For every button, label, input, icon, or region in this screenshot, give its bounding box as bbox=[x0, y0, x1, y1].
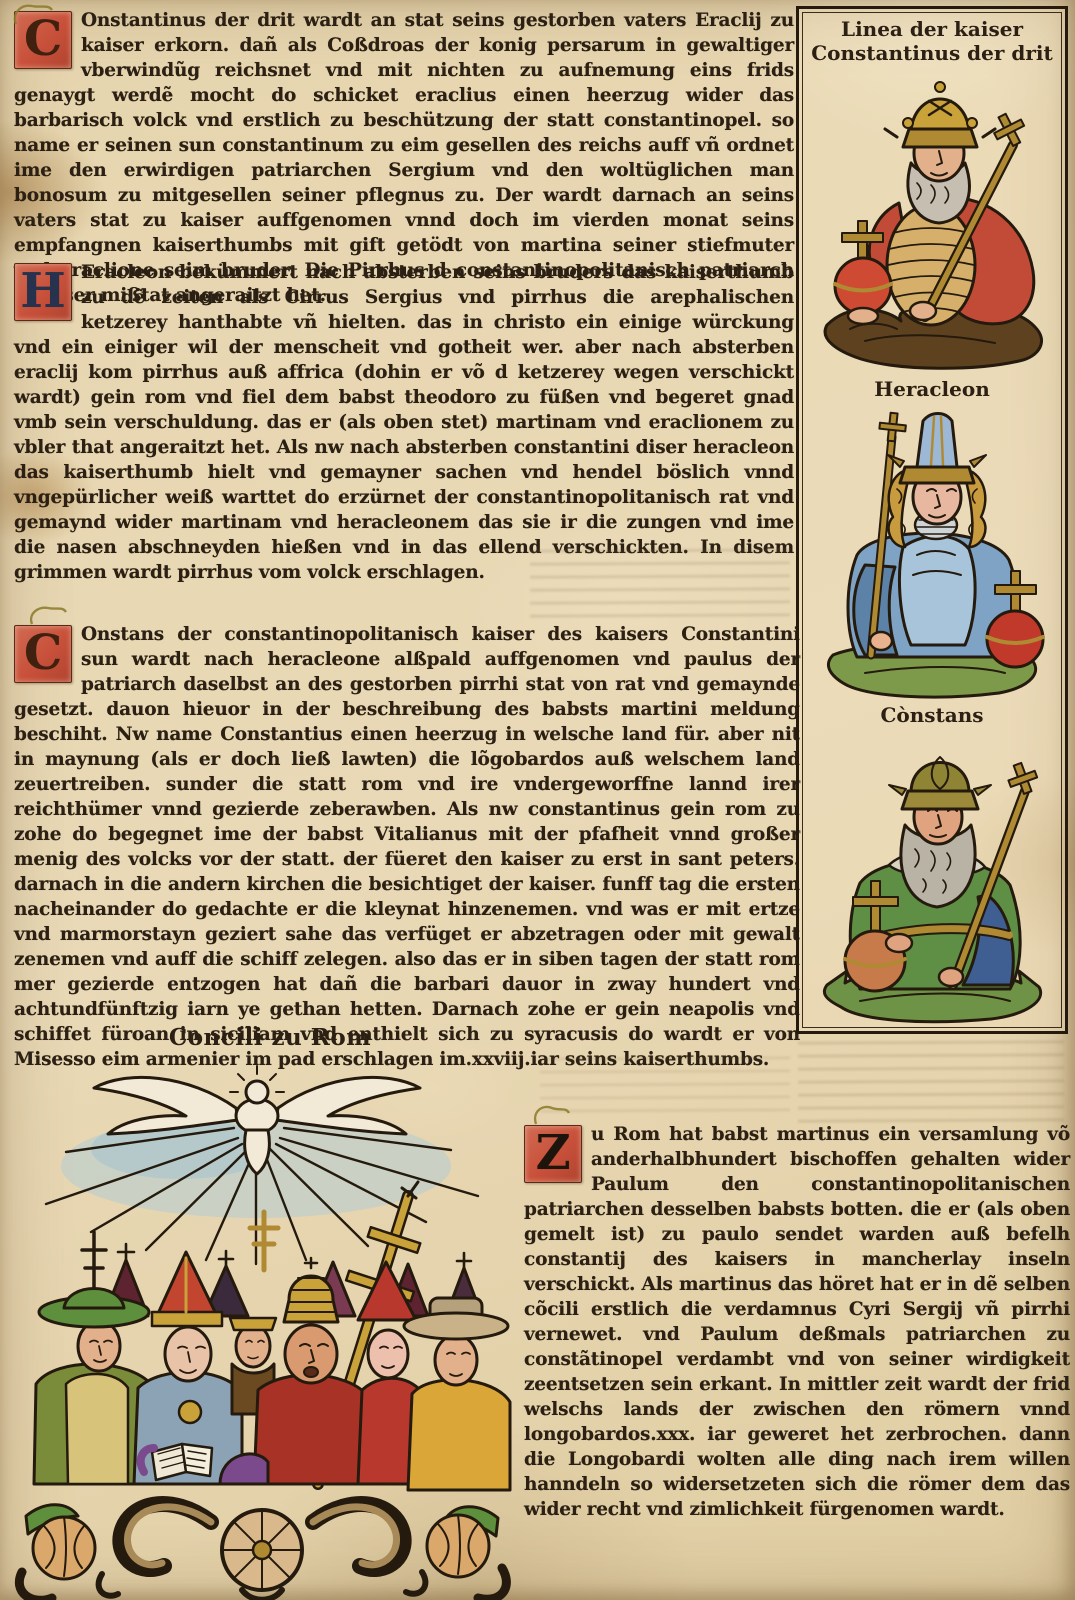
ink-bleed-through bbox=[798, 1039, 1064, 1122]
text-paragraph-heracleon: HEracleon bekümmert nach absterben seins… bbox=[14, 260, 794, 585]
text-paragraph-concil: Zu Rom hat babst martinus ein versamlung… bbox=[524, 1122, 1070, 1522]
text-paragraph-constans: COnstans der constantinopolitanisch kais… bbox=[14, 622, 800, 1072]
crown-band bbox=[903, 129, 977, 147]
paragraph-body: Eracleon bekümmert nach absterben seins … bbox=[14, 262, 794, 583]
paragraph-body: u Rom hat babst martinus ein versamlung … bbox=[524, 1124, 1070, 1520]
portrait-heracleon-woodcut bbox=[805, 405, 1059, 701]
drop-cap-initial: Z bbox=[524, 1125, 582, 1183]
crown-arch bbox=[911, 99, 969, 129]
portrait-constans-woodcut bbox=[805, 733, 1059, 1025]
hand bbox=[870, 632, 892, 650]
drop-cap-initial: C bbox=[14, 625, 72, 683]
linea-panel: Linea der kaiser Constantinus der drit bbox=[796, 6, 1068, 1034]
crown-band bbox=[900, 467, 974, 483]
chest-panel bbox=[899, 536, 975, 645]
linea-header-line1: Linea der kaiser bbox=[799, 17, 1065, 41]
hand bbox=[886, 934, 912, 952]
linea-header: Linea der kaiser Constantinus der drit bbox=[799, 17, 1065, 65]
crown-dome bbox=[911, 763, 969, 792]
staff-cross bbox=[878, 412, 907, 443]
mitre bbox=[917, 414, 957, 468]
hand bbox=[848, 308, 878, 324]
portrait-label-heracleon: Heracleon bbox=[799, 377, 1065, 401]
portrait-constantinus-woodcut bbox=[805, 71, 1059, 371]
paragraph-body: Onstans der constantinopolitanisch kaise… bbox=[14, 624, 800, 1070]
hand bbox=[939, 968, 963, 986]
ornament-foliage bbox=[19, 1504, 506, 1600]
drop-cap-initial: C bbox=[14, 11, 72, 69]
drop-cap-initial: H bbox=[14, 263, 72, 321]
portrait-label-constans: Cònstans bbox=[799, 703, 1065, 727]
initial-flourish-icon bbox=[24, 602, 68, 626]
scepter-cross bbox=[1004, 760, 1041, 798]
linea-header-line2: Constantinus der drit bbox=[799, 41, 1065, 65]
ink-bleed-through bbox=[530, 544, 790, 617]
hand bbox=[910, 302, 936, 320]
council-caption: Concili zu Rom bbox=[130, 1024, 410, 1051]
manuscript-page: COnstantinus der drit wardt an stat sein… bbox=[0, 0, 1075, 1600]
ink-bleed-through bbox=[540, 1051, 790, 1112]
council-woodcut bbox=[6, 1054, 518, 1600]
flat-hat-cleric bbox=[404, 1298, 510, 1490]
crown-band bbox=[902, 791, 978, 809]
